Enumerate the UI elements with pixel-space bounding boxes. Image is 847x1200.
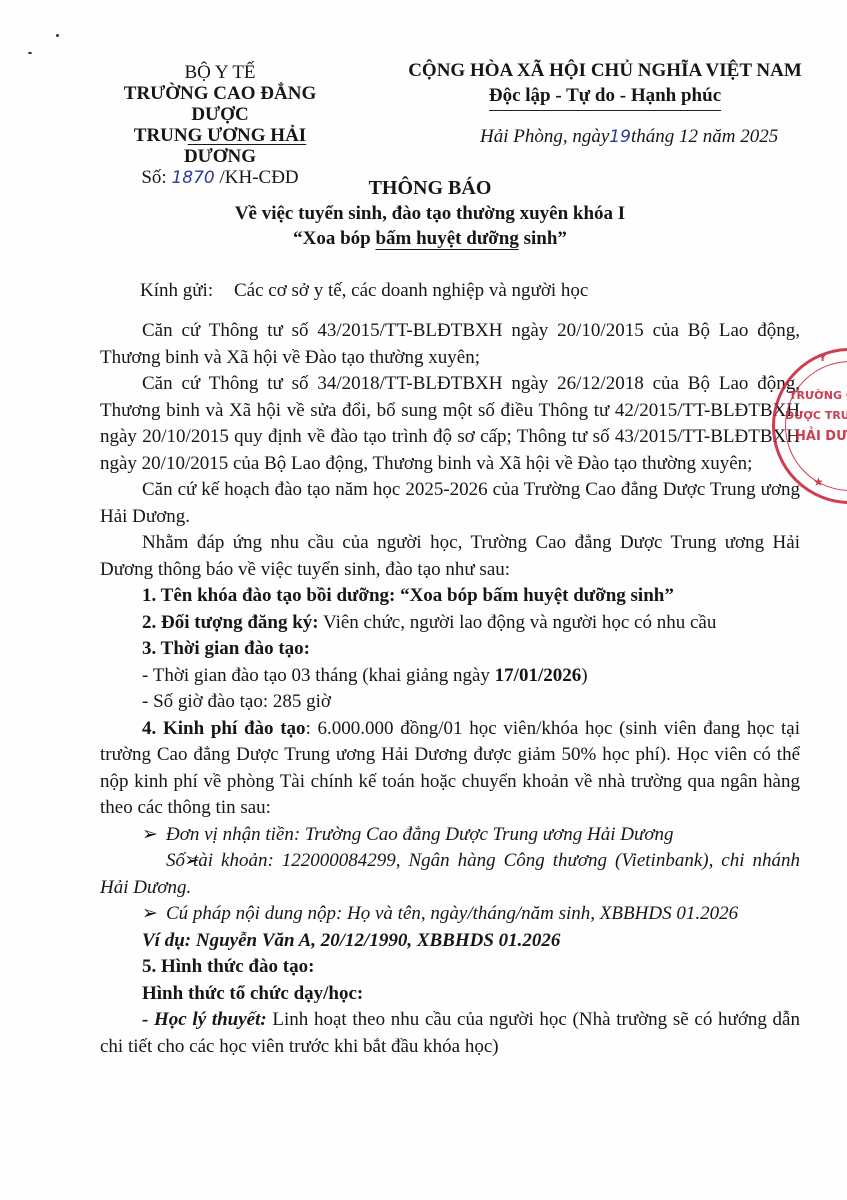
document-page: BỘ Y TẾ TRƯỜNG CAO ĐẲNG DƯỢC TRUNG ƯƠNG … xyxy=(0,0,847,1200)
legal-basis-1: Căn cứ Thông tư số 43/2015/TT-BLĐTBXH ng… xyxy=(100,318,800,371)
recipient-line: Kính gửi:Các cơ sở y tế, các doanh nghiệ… xyxy=(140,280,588,302)
seal-text-line2: DƯỢC TRUNG xyxy=(785,409,847,422)
recipient-label: Kính gửi: xyxy=(140,280,234,302)
bank-account: ➢Số tài khoản: 122000084299, Ngân hàng C… xyxy=(100,848,800,901)
date-suffix: tháng 12 năm 2025 xyxy=(631,126,778,147)
duration-text: - Thời gian đào tạo 03 tháng (khai giảng… xyxy=(142,665,495,686)
item-training-time: 3. Thời gian đào tạo: xyxy=(100,636,800,663)
legal-basis-2: Căn cứ Thông tư số 34/2018/TT-BLĐTBXH ng… xyxy=(100,371,800,477)
school-name-part: DƯƠNG xyxy=(184,146,256,167)
school-name-part: TRUN xyxy=(134,125,188,146)
national-motto: Độc lập - Tự do - Hạnh phúc xyxy=(489,83,721,111)
arrow-bullet-icon: ➢ xyxy=(142,848,166,875)
course-title-part: “Xoa bóp xyxy=(293,228,375,249)
theory-study: - Học lý thuyết: Linh hoạt theo nhu cầu … xyxy=(100,1007,800,1060)
recipient-value: Các cơ sở y tế, các doanh nghiệp và ngườ… xyxy=(234,280,588,301)
item-tuition: 4. Kinh phí đào tạo: 6.000.000 đồng/01 h… xyxy=(100,716,800,822)
place-date: Hải Phòng, ngày19tháng 12 năm 2025 xyxy=(480,126,778,148)
payment-syntax: ➢Cú pháp nội dung nộp: Họ và tên, ngày/t… xyxy=(100,901,800,928)
legal-basis-3: Căn cứ kế hoạch đào tạo năm học 2025-202… xyxy=(100,477,800,530)
notice-body: Căn cứ Thông tư số 43/2015/TT-BLĐTBXH ng… xyxy=(100,318,800,1060)
course-title-part: sinh” xyxy=(519,228,567,249)
date-day-handwritten: 19 xyxy=(609,127,631,147)
start-date: 17/01/2026 xyxy=(495,665,582,686)
seal-text-line3: HẢI DƯ xyxy=(795,429,847,444)
ministry-name: BỘ Y TẾ xyxy=(100,62,340,83)
notice-heading: THÔNG BÁO xyxy=(150,176,710,201)
seal-text-line1: TRƯỜNG CAO xyxy=(789,389,847,402)
notice-title-block: THÔNG BÁO Về việc tuyển sinh, đào tạo th… xyxy=(150,176,710,251)
item-label: 2. Đối tượng đăng ký: xyxy=(142,612,319,633)
school-name-line2: TRUNG ƯƠNG HẢI DƯƠNG xyxy=(100,125,340,167)
item-training-form: 5. Hình thức đào tạo: xyxy=(100,954,800,981)
intro-paragraph: Nhằm đáp ứng nhu cầu của người học, Trườ… xyxy=(100,530,800,583)
item-course-name: 1. Tên khóa đào tạo bồi dưỡng: “Xoa bóp … xyxy=(100,583,800,610)
star-icon: ★ xyxy=(813,475,824,489)
training-hours: - Số giờ đào tạo: 285 giờ xyxy=(100,689,800,716)
item-value: Viên chức, người lao động và người học c… xyxy=(319,612,717,633)
bank-account-text: Số tài khoản: 122000084299, Ngân hàng Cô… xyxy=(100,850,800,898)
national-header: CỘNG HÒA XÃ HỘI CHỦ NGHĨA VIỆT NAM Độc l… xyxy=(395,58,815,111)
payment-syntax-text: Cú pháp nội dung nộp: Họ và tên, ngày/th… xyxy=(166,903,738,924)
scan-speck xyxy=(28,52,32,54)
payment-example: Ví dụ: Nguyễn Văn A, 20/12/1990, XBBHDS … xyxy=(100,928,800,955)
nation-name: CỘNG HÒA XÃ HỘI CHỦ NGHĨA VIỆT NAM xyxy=(395,58,815,83)
school-name-line1: TRƯỜNG CAO ĐẲNG DƯỢC xyxy=(100,83,340,125)
duration-text: ) xyxy=(581,665,587,686)
seal-inner-ring xyxy=(785,361,847,491)
date-prefix: Hải Phòng, ngày xyxy=(480,126,609,147)
seal-top-letter: Y xyxy=(819,353,826,364)
theory-label: - Học lý thuyết: xyxy=(142,1009,267,1030)
item-label: 4. Kinh phí đào tạo xyxy=(142,718,306,739)
bank-recipient-text: Đơn vị nhận tiền: Trường Cao đẳng Dược T… xyxy=(166,824,674,845)
arrow-bullet-icon: ➢ xyxy=(142,822,166,849)
arrow-bullet-icon: ➢ xyxy=(142,901,166,928)
course-name-title: “Xoa bóp bấm huyệt dưỡng sinh” xyxy=(150,226,710,251)
bank-recipient: ➢Đơn vị nhận tiền: Trường Cao đẳng Dược … xyxy=(100,822,800,849)
course-title-underlined: bấm huyệt dưỡng xyxy=(375,228,518,249)
organization-form-label: Hình thức tổ chức dạy/học: xyxy=(100,981,800,1008)
issuer-header: BỘ Y TẾ TRƯỜNG CAO ĐẲNG DƯỢC TRUNG ƯƠNG … xyxy=(100,62,340,189)
item-target-audience: 2. Đối tượng đăng ký: Viên chức, người l… xyxy=(100,610,800,637)
scan-speck xyxy=(56,34,59,37)
school-name-underlined: G ƯƠNG HẢI xyxy=(188,125,307,146)
training-duration: - Thời gian đào tạo 03 tháng (khai giảng… xyxy=(100,663,800,690)
notice-subject: Về việc tuyển sinh, đào tạo thường xuyên… xyxy=(150,201,710,226)
